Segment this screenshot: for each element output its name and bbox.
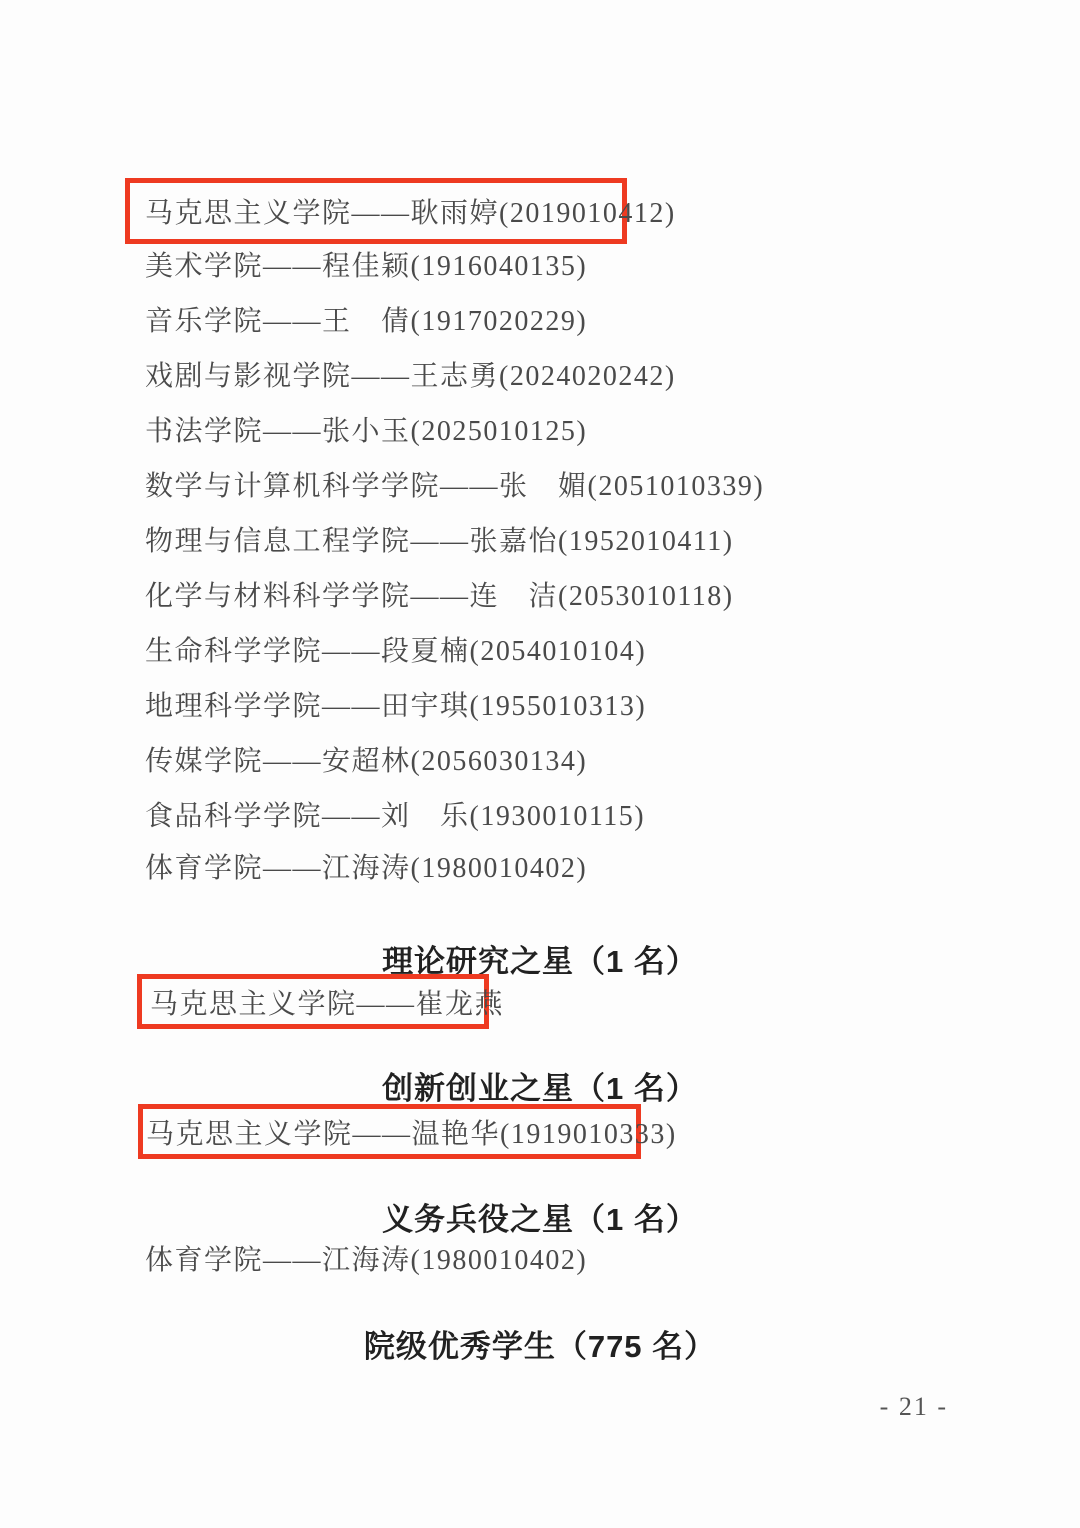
section-heading-innovation-star: 创新创业之星（1 名） [0, 1071, 1080, 1107]
student-entry: 音乐学院——王 倩(1917020229) [145, 305, 587, 339]
highlighted-student-entry: 马克思主义学院——崔龙燕 [150, 982, 504, 1022]
student-entry: 化学与材料科学学院——连 洁(2053010118) [145, 580, 734, 614]
highlight-box: 马克思主义学院——温艳华(1919010333) [138, 1104, 641, 1159]
student-entry: 体育学院——江海涛(1980010402) [145, 1244, 587, 1278]
highlight-box: 马克思主义学院——崔龙燕 [137, 974, 489, 1029]
student-entry: 书法学院——张小玉(2025010125) [145, 415, 587, 449]
highlighted-student-entry: 马克思主义学院——耿雨婷(2019010412) [145, 191, 676, 231]
student-entry: 生命科学学院——段夏楠(2054010104) [145, 635, 646, 669]
student-entry: 戏剧与影视学院——王志勇(2024020242) [145, 360, 676, 394]
student-entry: 传媒学院——安超林(2056030134) [145, 745, 587, 779]
student-entry: 美术学院——程佳颖(1916040135) [145, 250, 587, 284]
student-entry: 食品科学学院——刘 乐(1930010115) [145, 800, 645, 834]
student-entry: 物理与信息工程学院——张嘉怡(1952010411) [145, 525, 734, 559]
student-entry: 体育学院——江海涛(1980010402) [145, 852, 587, 886]
student-entry: 地理科学学院——田宇琪(1955010313) [145, 690, 646, 724]
highlight-box: 马克思主义学院——耿雨婷(2019010412) [125, 178, 627, 244]
student-entry: 数学与计算机科学学院——张 媚(2051010339) [145, 470, 764, 504]
highlighted-student-entry: 马克思主义学院——温艳华(1919010333) [146, 1112, 677, 1152]
section-heading-college-outstanding-students: 院级优秀学生（775 名） [0, 1329, 1080, 1365]
section-heading-military-service-star: 义务兵役之星（1 名） [0, 1202, 1080, 1238]
page-number: - 21 - [880, 1392, 948, 1422]
